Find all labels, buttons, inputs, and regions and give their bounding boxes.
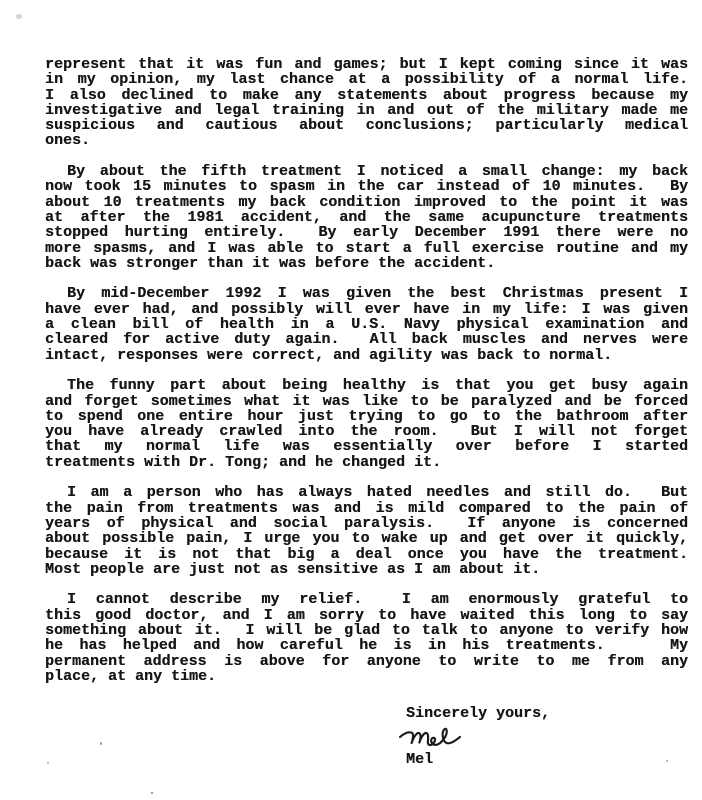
- letter-line: ones.: [45, 133, 688, 148]
- letter-line: I cannot describe my relief. I am enormo…: [45, 592, 688, 607]
- letter-body: represent that it was fun and games; but…: [45, 57, 688, 699]
- letter-line: the pain from treatments was and is mild…: [45, 501, 688, 516]
- letter-line: cleared for active duty again. All back …: [45, 332, 688, 347]
- scan-speck: [47, 762, 49, 764]
- paragraph: By mid-December 1992 I was given the bes…: [45, 286, 688, 362]
- letter-line: By about the fifth treatment I noticed a…: [45, 164, 688, 179]
- closing: Sincerely yours,: [406, 706, 550, 721]
- letter-line: years of physical and social paralysis. …: [45, 516, 688, 531]
- paragraph: By about the fifth treatment I noticed a…: [45, 164, 688, 271]
- signature: [399, 723, 461, 753]
- letter-line: he has helped and how careful he is in h…: [45, 638, 688, 653]
- letter-line: now took 15 minutes to spasm in the car …: [45, 179, 688, 194]
- letter-line: place, at any time.: [45, 669, 688, 684]
- letter-line: about 10 treatments my back condition im…: [45, 195, 688, 210]
- letter-line: The funny part about being healthy is th…: [45, 378, 688, 393]
- letter-line: intact, responses were correct, and agil…: [45, 348, 688, 363]
- letter-line: this good doctor, and I am sorry to have…: [45, 608, 688, 623]
- letter-line: you have already crawled into the room. …: [45, 424, 688, 439]
- letter-line: have ever had, and possibly will ever ha…: [45, 302, 688, 317]
- letter-line: that my normal life was essentially over…: [45, 439, 688, 454]
- letter-line: because it is not that big a deal once y…: [45, 547, 688, 562]
- letter-line: I also declined to make any statements a…: [45, 88, 688, 103]
- letter-line: Most people are just not as sensitive as…: [45, 562, 688, 577]
- scan-speck: [151, 792, 153, 794]
- letter-line: By mid-December 1992 I was given the bes…: [45, 286, 688, 301]
- paragraph: I am a person who has always hated needl…: [45, 485, 688, 577]
- letter-line: back was stronger than it was before the…: [45, 256, 688, 271]
- letter-line: investigative and legal training in and …: [45, 103, 688, 118]
- letter-line: in my opinion, my last chance at a possi…: [45, 72, 688, 87]
- scan-speck: [16, 14, 22, 19]
- letter-line: I am a person who has always hated needl…: [45, 485, 688, 500]
- paragraph: The funny part about being healthy is th…: [45, 378, 688, 470]
- letter-line: to spend one entire hour just trying to …: [45, 409, 688, 424]
- scan-speck: [666, 760, 668, 762]
- letter-line: stopped hurting entirely. By early Decem…: [45, 225, 688, 240]
- paragraph: I cannot describe my relief. I am enormo…: [45, 592, 688, 684]
- paragraph: represent that it was fun and games; but…: [45, 57, 688, 149]
- letter-line: a clean bill of health in a U.S. Navy ph…: [45, 317, 688, 332]
- scan-speck: [100, 742, 102, 745]
- letter-line: suspicious and cautious about conclusion…: [45, 118, 688, 133]
- letter-line: represent that it was fun and games; but…: [45, 57, 688, 72]
- letter-line: more spasms, and I was able to start a f…: [45, 241, 688, 256]
- letter-line: treatments with Dr. Tong; and he changed…: [45, 455, 688, 470]
- letter-line: something about it. I will be glad to ta…: [45, 623, 688, 638]
- typed-name: Mel: [406, 752, 433, 767]
- letter-page: represent that it was fun and games; but…: [0, 0, 702, 800]
- letter-line: permanent address is above for anyone to…: [45, 654, 688, 669]
- letter-line: at after the 1981 accident, and the same…: [45, 210, 688, 225]
- letter-line: about possible pain, I urge you to wake …: [45, 531, 688, 546]
- letter-line: and forget sometimes what it was like to…: [45, 394, 688, 409]
